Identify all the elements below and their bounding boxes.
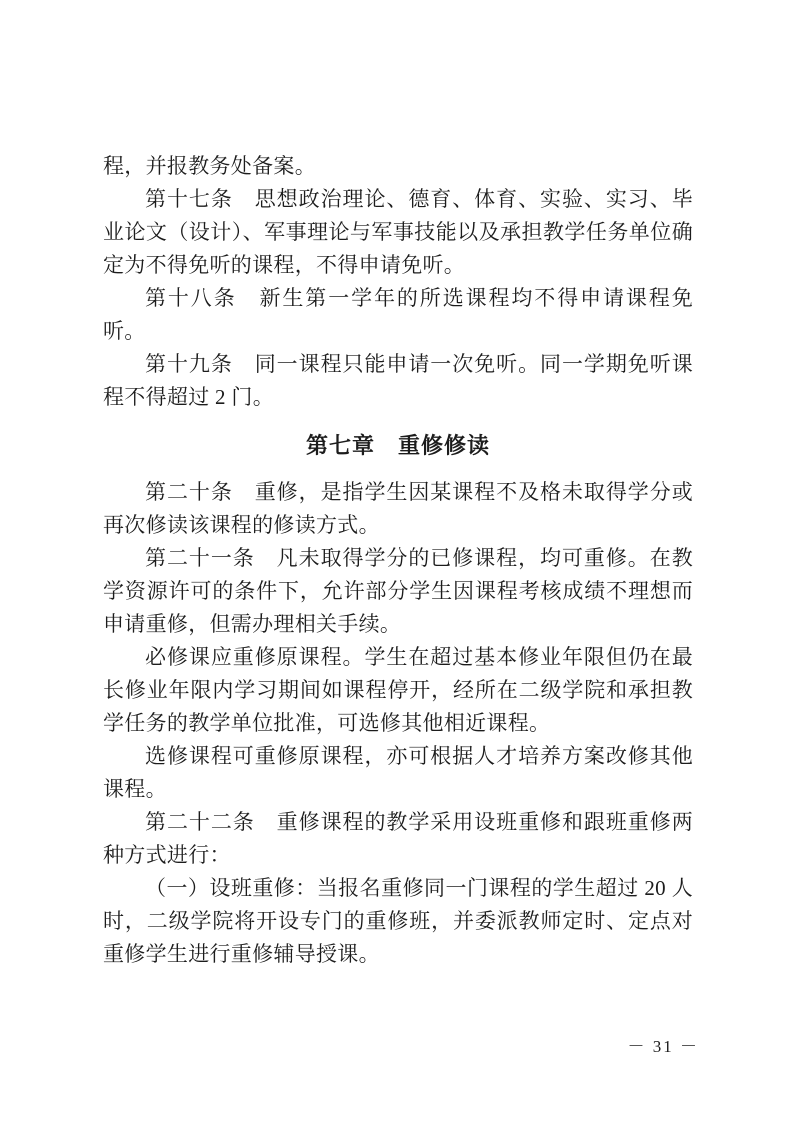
document-page: 程，并报教务处备案。 第十七条 思想政治理论、德育、体育、实验、实习、毕业论文（… <box>0 0 793 1122</box>
paragraph-item-1: （一）设班重修：当报名重修同一门课程的学生超过 20 人时，二级学院将开设专门的… <box>103 872 693 971</box>
chapter-heading: 第七章 重修修读 <box>103 429 693 462</box>
paragraph-required-courses: 必修课应重修原课程。学生在超过基本修业年限但仍在最长修业年限内学习期间如课程停开… <box>103 641 693 740</box>
document-body: 程，并报教务处备案。 第十七条 思想政治理论、德育、体育、实验、实习、毕业论文（… <box>103 150 693 971</box>
paragraph-continuation: 程，并报教务处备案。 <box>103 150 693 183</box>
paragraph-article-21: 第二十一条 凡未取得学分的已修课程，均可重修。在教学资源许可的条件下，允许部分学… <box>103 542 693 641</box>
paragraph-article-22: 第二十二条 重修课程的教学采用设班重修和跟班重修两种方式进行： <box>103 806 693 872</box>
paragraph-article-19: 第十九条 同一课程只能申请一次免听。同一学期免听课程不得超过 2 门。 <box>103 348 693 414</box>
paragraph-elective-courses: 选修课程可重修原课程，亦可根据人才培养方案改修其他课程。 <box>103 740 693 806</box>
page-number: － 31 － <box>628 1032 700 1057</box>
paragraph-article-17: 第十七条 思想政治理论、德育、体育、实验、实习、毕业论文（设计）、军事理论与军事… <box>103 183 693 282</box>
paragraph-article-20: 第二十条 重修，是指学生因某课程不及格未取得学分或再次修读该课程的修读方式。 <box>103 476 693 542</box>
paragraph-article-18: 第十八条 新生第一学年的所选课程均不得申请课程免听。 <box>103 282 693 348</box>
